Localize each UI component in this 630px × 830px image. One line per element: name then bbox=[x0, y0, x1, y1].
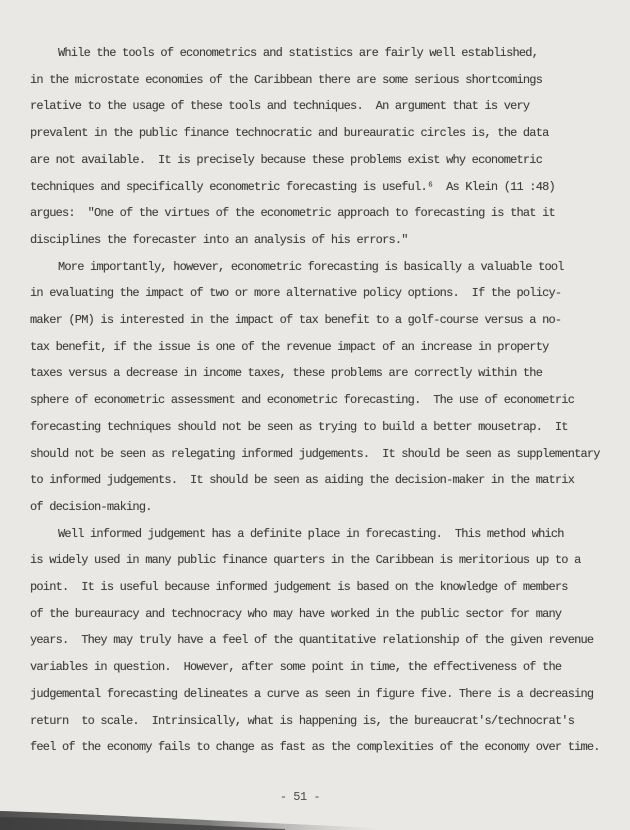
scanned-document-page: While the tools of econometrics and stat… bbox=[0, 0, 630, 830]
scan-edge-shadow bbox=[0, 0, 630, 830]
